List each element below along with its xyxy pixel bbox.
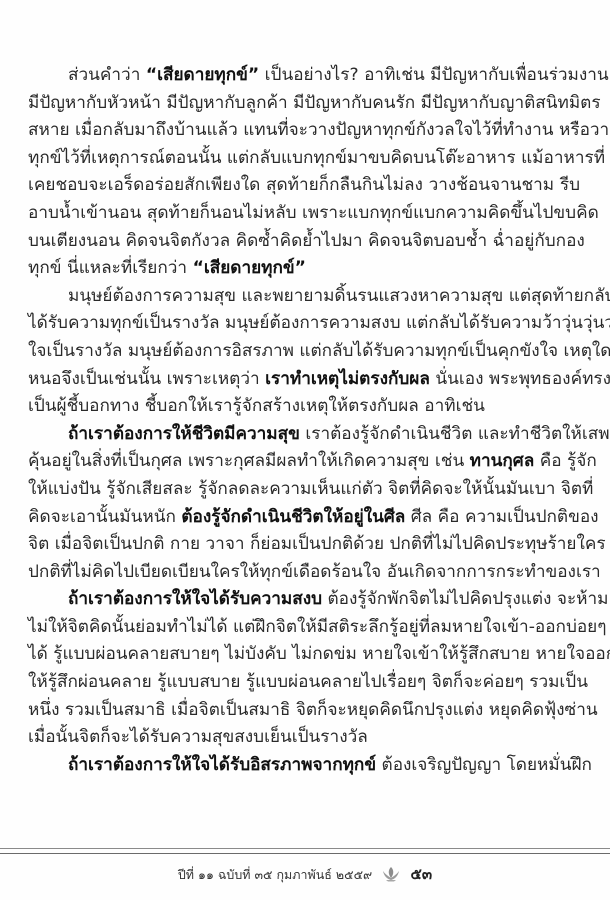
- paragraph: ถ้าเราต้องการให้ชีวิตมีความสุข เราต้องรู…: [28, 421, 580, 587]
- text-line: มนุษย์ต้องการความสุข และพยายามดิ้นรนแสวง…: [28, 283, 580, 311]
- text-run: เคยชอบจะเอร็ดอร่อยสักเพียงใด สุดท้ายก็กล…: [28, 175, 580, 195]
- text-line: เคยชอบจะเอร็ดอร่อยสักเพียงใด สุดท้ายก็กล…: [28, 172, 580, 200]
- text-line: ได้ รู้แบบผ่อนคลายสบายๆ ไม่บังคับ ไม่กดข…: [28, 641, 580, 669]
- text-line: สหาย เมื่อกลับมาถึงบ้านแล้ว แทนที่จะวางป…: [28, 117, 580, 145]
- page-number: ๕๓: [411, 865, 433, 883]
- footer-divider: [0, 848, 610, 854]
- text-run: ปกติที่ไม่คิดไปเบียดเบียนใครให้ทุกข์เดือ…: [28, 562, 601, 582]
- text-run: ได้รับความทุกข์เป็นรางวัล มนุษย์ต้องการค…: [28, 313, 610, 333]
- text-run: ให้แบ่งปัน รู้จักเสียสละ รู้จักลดละความเ…: [28, 479, 593, 499]
- text-run: มนุษย์ต้องการความสุข และพยายามดิ้นรนแสวง…: [68, 286, 610, 306]
- text-line: ถ้าเราต้องการให้ชีวิตมีความสุข เราต้องรู…: [28, 421, 580, 449]
- text-run: ศีล คือ ความเป็นปกติของ: [405, 507, 598, 527]
- text-run: สหาย เมื่อกลับมาถึงบ้านแล้ว แทนที่จะวางป…: [28, 120, 610, 140]
- bold-emphasis: ถ้าเราต้องการให้ใจได้รับความสงบ: [68, 589, 322, 609]
- text-run: ทุกข์ไว้ที่เหตุการณ์ตอนนั้น แต่กลับแบกทุ…: [28, 148, 605, 168]
- text-run: ส่วนคำว่า: [68, 65, 146, 85]
- text-run: คือ รู้จัก: [534, 451, 596, 471]
- bold-emphasis: “เสียดายทุกข์”: [146, 65, 259, 85]
- text-line: หนอจึงเป็นเช่นนั้น เพราะเหตุว่า เราทำเหต…: [28, 366, 580, 394]
- text-line: ให้รู้สึกผ่อนคลาย รู้แบบสบาย รู้แบบผ่อนค…: [28, 669, 580, 697]
- text-line: ถ้าเราต้องการให้ใจได้รับอิสรภาพจากทุกข์ …: [28, 752, 580, 780]
- text-line: เป็นผู้ชี้บอกทาง ชี้บอกให้เรารู้จักสร้าง…: [28, 393, 580, 421]
- text-run: เป็นผู้ชี้บอกทาง ชี้บอกให้เรารู้จักสร้าง…: [28, 396, 485, 416]
- text-line: เมื่อนั้นจิตก็จะได้รับความสุขสงบเย็นเป็น…: [28, 724, 580, 752]
- text-run: ได้ รู้แบบผ่อนคลายสบายๆ ไม่บังคับ ไม่กดข…: [28, 644, 610, 664]
- lotus-leaf-icon: [382, 866, 400, 882]
- text-line: ให้แบ่งปัน รู้จักเสียสละ รู้จักลดละความเ…: [28, 476, 580, 504]
- text-run: ไม่ให้จิตคิดนั้นย่อมทำไม่ได้ แต่ฝึกจิตให…: [28, 617, 606, 637]
- text-run: จิต เมื่อจิตเป็นปกติ กาย วาจา ก็ย่อมเป็น…: [28, 534, 606, 554]
- text-run: คุ้นอยู่ในสิ่งที่เป็นกุศล เพราะกุศลมีผลท…: [28, 451, 470, 471]
- text-run: นั่นเอง พระพุทธองค์ทรง: [430, 369, 610, 389]
- text-line: บนเตียงนอน คิดจนจิตกังวล คิดซ้ำคิดย้ำไปม…: [28, 228, 580, 256]
- text-run: ต้องรู้จักพักจิตไม่ไปคิดปรุงแต่ง จะห้าม: [322, 589, 608, 609]
- bold-emphasis: ทานกุศล: [470, 451, 535, 471]
- page-footer: ปีที่ ๑๑ ฉบับที่ ๓๕ กุมภาพันธ์ ๒๕๕๙ ๕๓: [0, 862, 610, 886]
- text-line: ทุกข์ไว้ที่เหตุการณ์ตอนนั้น แต่กลับแบกทุ…: [28, 145, 580, 173]
- document-page: ส่วนคำว่า “เสียดายทุกข์” เป็นอย่างไร? อา…: [0, 0, 610, 900]
- text-run: เป็นอย่างไร? อาทิเช่น มีปัญหากับเพื่อนร่…: [259, 65, 608, 85]
- text-line: หนึ่ง รวมเป็นสมาธิ เมื่อจิตเป็นสมาธิ จิต…: [28, 697, 580, 725]
- text-run: เราต้องรู้จักดำเนินชีวิต และทำชีวิตให้เส…: [300, 424, 610, 444]
- text-run: หนึ่ง รวมเป็นสมาธิ เมื่อจิตเป็นสมาธิ จิต…: [28, 700, 598, 720]
- text-run: ทุกข์ นี่แหละที่เรียกว่า: [28, 258, 193, 278]
- paragraph: ถ้าเราต้องการให้ใจได้รับอิสรภาพจากทุกข์ …: [28, 752, 580, 780]
- text-line: ใจเป็นรางวัล มนุษย์ต้องการอิสรภาพ แต่กลั…: [28, 338, 580, 366]
- bold-emphasis: เราทำเหตุไม่ตรงกับผล: [265, 369, 430, 389]
- text-line: ถ้าเราต้องการให้ใจได้รับความสงบ ต้องรู้จ…: [28, 586, 580, 614]
- bold-emphasis: ถ้าเราต้องการให้ใจได้รับอิสรภาพจากทุกข์: [68, 755, 376, 775]
- text-line: ทุกข์ นี่แหละที่เรียกว่า “เสียดายทุกข์”: [28, 255, 580, 283]
- paragraph: มนุษย์ต้องการความสุข และพยายามดิ้นรนแสวง…: [28, 283, 580, 421]
- text-line: อาบน้ำเข้านอน สุดท้ายก็นอนไม่หลับ เพราะแ…: [28, 200, 580, 228]
- text-run: คิดจะเอานั้นมันหนัก: [28, 507, 181, 527]
- bold-emphasis: “เสียดายทุกข์”: [193, 258, 306, 278]
- bold-emphasis: ต้องรู้จักดำเนินชีวิตให้อยู่ในศีล: [181, 507, 405, 527]
- text-line: ได้รับความทุกข์เป็นรางวัล มนุษย์ต้องการค…: [28, 310, 580, 338]
- text-run: อาบน้ำเข้านอน สุดท้ายก็นอนไม่หลับ เพราะแ…: [28, 203, 599, 223]
- text-run: หนอจึงเป็นเช่นนั้น เพราะเหตุว่า: [28, 369, 265, 389]
- text-line: มีปัญหากับหัวหน้า มีปัญหากับลูกค้า มีปัญ…: [28, 90, 580, 118]
- text-line: ปกติที่ไม่คิดไปเบียดเบียนใครให้ทุกข์เดือ…: [28, 559, 580, 587]
- paragraph: ถ้าเราต้องการให้ใจได้รับความสงบ ต้องรู้จ…: [28, 586, 580, 752]
- text-line: จิต เมื่อจิตเป็นปกติ กาย วาจา ก็ย่อมเป็น…: [28, 531, 580, 559]
- article-body: ส่วนคำว่า “เสียดายทุกข์” เป็นอย่างไร? อา…: [28, 62, 580, 779]
- text-run: ให้รู้สึกผ่อนคลาย รู้แบบสบาย รู้แบบผ่อนค…: [28, 672, 588, 692]
- text-line: คุ้นอยู่ในสิ่งที่เป็นกุศล เพราะกุศลมีผลท…: [28, 448, 580, 476]
- paragraph: ส่วนคำว่า “เสียดายทุกข์” เป็นอย่างไร? อา…: [28, 62, 580, 283]
- text-run: เมื่อนั้นจิตก็จะได้รับความสุขสงบเย็นเป็น…: [28, 727, 368, 747]
- text-line: ส่วนคำว่า “เสียดายทุกข์” เป็นอย่างไร? อา…: [28, 62, 580, 90]
- text-line: คิดจะเอานั้นมันหนัก ต้องรู้จักดำเนินชีวิ…: [28, 504, 580, 532]
- text-run: ใจเป็นรางวัล มนุษย์ต้องการอิสรภาพ แต่กลั…: [28, 341, 610, 361]
- bold-emphasis: ถ้าเราต้องการให้ชีวิตมีความสุข: [68, 424, 300, 444]
- text-line: ไม่ให้จิตคิดนั้นย่อมทำไม่ได้ แต่ฝึกจิตให…: [28, 614, 580, 642]
- issue-info: ปีที่ ๑๑ ฉบับที่ ๓๕ กุมภาพันธ์ ๒๕๕๙: [178, 867, 372, 882]
- text-run: มีปัญหากับหัวหน้า มีปัญหากับลูกค้า มีปัญ…: [28, 93, 601, 113]
- text-run: ต้องเจริญปัญญา โดยหมั่นฝึก: [376, 755, 592, 775]
- text-run: บนเตียงนอน คิดจนจิตกังวล คิดซ้ำคิดย้ำไปม…: [28, 231, 585, 251]
